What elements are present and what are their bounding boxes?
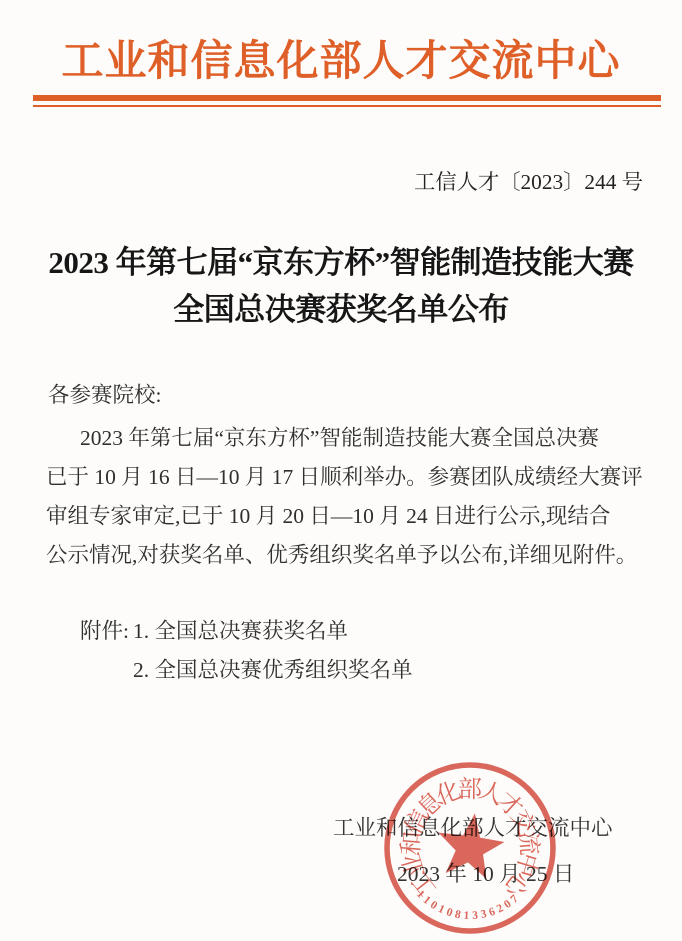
seal-serial-digit: 7 <box>509 893 521 906</box>
document-title-line2: 全国总决赛获奖名单公布 <box>0 286 682 333</box>
official-seal-stamp: 工业和信息化部人才交流中心 1101081336207 <box>370 748 570 941</box>
seal-serial-digit: 1 <box>463 910 470 922</box>
salutation: 各参赛院校: <box>48 378 161 409</box>
seal-ring-char: 化 <box>433 777 465 811</box>
document-title: 2023 年第七届“京东方杯”智能制造技能大赛 全国总决赛获奖名单公布 <box>0 239 682 333</box>
seal-serial-digit: 0 <box>502 898 514 911</box>
seal-serial-digit: 2 <box>495 902 506 915</box>
body-line-4: 公示情况,对获奖名单、优秀组织奖名单予以公布,详细见附件。 <box>46 536 646 575</box>
seal-ring-char: 部 <box>458 776 482 803</box>
seal-serial-digit: 0 <box>428 899 439 912</box>
seal-serial-digit: 3 <box>480 908 488 921</box>
attachments-list: 1. 全国总决赛获奖名单 2. 全国总决赛优秀组织奖名单 <box>133 612 413 690</box>
body-line-3: 审组专家审定,已于 10 月 20 日—10 月 24 日进行公示,现结合 <box>46 497 646 536</box>
seal-serial-digit: 0 <box>445 906 454 919</box>
document-page: 工业和信息化部人才交流中心 工信人才〔2023〕244 号 2023 年第七届“… <box>0 0 682 941</box>
seal-ring <box>387 765 553 931</box>
seal-serial-digit: 1 <box>436 903 447 916</box>
letterhead-title: 工业和信息化部人才交流中心 <box>0 28 682 88</box>
seal-serial-number: 1101081336207 <box>413 888 522 925</box>
seal-serial-digit: 6 <box>487 906 497 919</box>
document-title-line1: 2023 年第七届“京东方杯”智能制造技能大赛 <box>0 239 682 286</box>
body-line-1: 2023 年第七届“京东方杯”智能制造技能大赛全国总决赛 <box>46 419 646 458</box>
document-number: 工信人才〔2023〕244 号 <box>414 169 643 196</box>
body-line-2: 已于 10 月 16 日—10 月 17 日顺利举办。参赛团队成绩经大赛评 <box>46 458 646 497</box>
letterhead-divider-thin <box>33 105 661 108</box>
letterhead-divider-thick <box>33 95 661 101</box>
body-paragraph: 2023 年第七届“京东方杯”智能制造技能大赛全国总决赛 已于 10 月 16 … <box>46 419 646 575</box>
seal-serial-digit: 8 <box>454 908 462 921</box>
signature-date: 2023 年 10 月 25 日 <box>397 857 574 888</box>
seal-ring-char: 人 <box>475 777 507 810</box>
seal-serial-digit: 3 <box>472 910 479 922</box>
attachments-label: 附件: <box>80 612 129 651</box>
seal-serial-digit: 1 <box>414 888 427 901</box>
signature-organization: 工业和信息化部人才交流中心 <box>333 811 613 842</box>
attachment-item-1: 1. 全国总决赛获奖名单 <box>133 612 413 651</box>
attachment-item-2: 2. 全国总决赛优秀组织奖名单 <box>133 651 413 690</box>
seal-serial-digit: 1 <box>421 894 433 907</box>
